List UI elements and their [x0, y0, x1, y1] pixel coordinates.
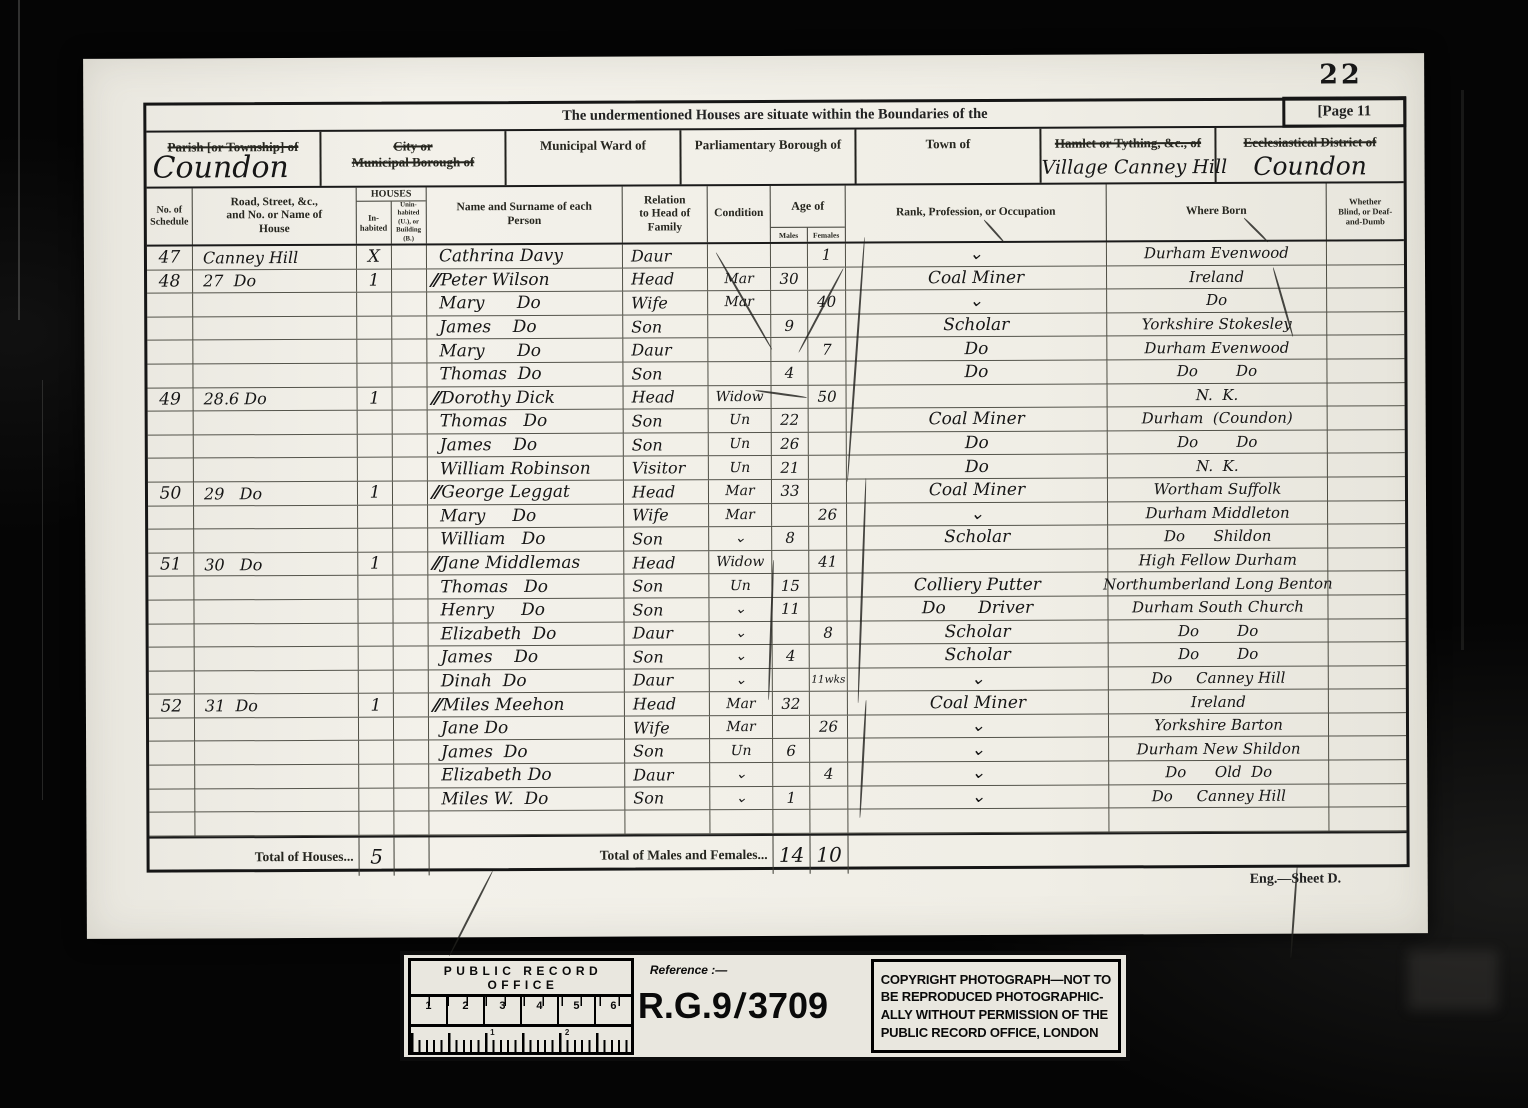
occ-cell: Coal Miner	[847, 408, 1108, 432]
m-cell: 26	[772, 433, 809, 456]
cond-cell: Mar	[710, 692, 773, 715]
header-uninhabited: Unin- habited (U.), or Building (B.)	[391, 201, 426, 244]
rel-cell: Son	[624, 598, 709, 621]
blind-cell	[1329, 784, 1406, 807]
cond-cell: ⌄	[709, 598, 772, 621]
born-cell: Yorkshire Stokesley	[1107, 312, 1327, 336]
uninh-cell	[392, 316, 427, 339]
born-cell: Do Do	[1109, 619, 1329, 643]
cond-cell: ⌄	[710, 763, 773, 786]
name-cell: Thomas Do	[428, 575, 624, 598]
name-cell: Mary Do	[428, 504, 624, 527]
occ-cell: Scholar	[847, 526, 1108, 550]
film-artifact	[1408, 950, 1498, 1010]
form-title: The undermentioned Houses are situate wi…	[562, 106, 988, 125]
uninh-cell	[393, 434, 428, 457]
photo-number: 22	[1319, 59, 1363, 90]
ruler-inch-mark: 4	[522, 997, 559, 1024]
road-cell: 27 Do	[193, 269, 357, 292]
header-condition: Condition	[708, 186, 771, 242]
occ-cell: Scholar	[848, 644, 1109, 668]
sched-cell	[149, 813, 195, 836]
blind-cell	[1328, 595, 1405, 618]
road-cell	[194, 576, 358, 599]
inh-cell	[359, 670, 394, 693]
cond-cell: Widow	[709, 385, 772, 408]
f-cell: 26	[809, 503, 847, 526]
f-cell	[809, 456, 847, 479]
film-artifact	[18, 0, 20, 320]
occ-cell: Colliery Putter	[847, 573, 1108, 597]
sched-cell: 48	[147, 270, 193, 293]
cond-cell: Un	[709, 456, 772, 479]
f-cell	[810, 786, 848, 809]
road-cell	[195, 670, 359, 693]
uninh-cell	[394, 694, 429, 717]
road-cell	[195, 647, 359, 670]
road-cell: 31 Do	[195, 694, 359, 717]
name-cell	[429, 811, 625, 834]
born-cell: Durham New Shildon	[1109, 737, 1329, 761]
blind-cell	[1327, 312, 1404, 335]
born-cell: Do Do	[1109, 643, 1329, 667]
born-cell: Durham (Coundon)	[1108, 407, 1328, 431]
district-row: Parish [or Township] ofCoundonCity orMun…	[146, 127, 1403, 188]
ruler-cm-mark: 1	[490, 1028, 494, 1037]
rel-cell: Son	[625, 740, 710, 763]
total-females-value: 10	[816, 842, 842, 866]
name-cell: Elizabeth Do	[429, 764, 625, 787]
district-column: Town of	[856, 129, 1041, 184]
uninh-cell	[394, 812, 429, 835]
occ-cell	[848, 809, 1109, 833]
born-cell: Durham Evenwood	[1107, 336, 1327, 360]
uninh-cell	[393, 481, 428, 504]
blind-cell	[1327, 265, 1404, 288]
born-cell: High Fellow Durham	[1108, 548, 1328, 572]
sched-cell	[148, 412, 194, 435]
born-cell: Durham South Church	[1108, 595, 1328, 619]
sched-cell	[148, 530, 194, 553]
cond-cell: ⌄	[709, 527, 772, 550]
sched-cell	[149, 789, 195, 812]
cond-cell: Widow	[709, 551, 772, 574]
cond-cell	[708, 362, 771, 385]
page-number-box: [Page 11	[1282, 96, 1406, 128]
household-start-mark	[429, 483, 442, 503]
occ-cell: Coal Miner	[847, 478, 1108, 502]
copyright-line: PUBLIC RECORD OFFICE, LONDON	[881, 1024, 1111, 1042]
header-born: Where Born	[1107, 184, 1327, 241]
uninh-cell	[393, 505, 428, 528]
rel-cell: Head	[625, 692, 710, 715]
cond-cell: ⌄	[710, 787, 773, 810]
ruler-inch-mark: 3	[485, 997, 522, 1024]
occ-cell: Coal Miner	[848, 691, 1109, 715]
f-cell	[810, 645, 848, 668]
born-cell: Do Old Do	[1109, 761, 1329, 785]
district-column: Municipal Ward of	[506, 130, 681, 185]
road-cell	[193, 364, 357, 387]
m-cell	[772, 550, 809, 573]
sched-cell	[148, 577, 194, 600]
f-cell: 26	[810, 715, 848, 738]
name-cell: Dinah Do	[429, 669, 625, 692]
road-cell: Canney Hill	[193, 246, 357, 269]
blind-cell	[1328, 501, 1405, 524]
household-start-mark	[430, 695, 443, 715]
header-females: Females	[807, 228, 845, 242]
f-cell: 1	[808, 244, 846, 267]
header-name: Name and Surname of each Person	[427, 187, 623, 244]
m-cell	[771, 244, 808, 267]
rel-cell: Son	[624, 409, 709, 432]
sched-cell	[148, 459, 194, 482]
blind-cell	[1329, 760, 1406, 783]
m-cell: 32	[773, 692, 810, 715]
f-cell	[809, 598, 847, 621]
rel-cell: Son	[623, 362, 708, 385]
occ-cell	[847, 384, 1108, 408]
road-cell	[195, 812, 359, 835]
inh-cell	[359, 741, 394, 764]
m-cell	[771, 291, 808, 314]
m-cell	[773, 763, 810, 786]
name-cell: Elizabeth Do	[429, 622, 625, 645]
sched-cell	[147, 317, 193, 340]
occ-cell: Do	[847, 455, 1108, 479]
m-cell	[773, 810, 810, 833]
sched-cell	[147, 294, 193, 317]
header-age: Age of	[771, 186, 845, 227]
name-cell: Thomas Do	[428, 410, 624, 433]
inh-cell	[358, 599, 393, 622]
name-cell: Peter Wilson	[427, 268, 623, 291]
f-cell	[809, 574, 847, 597]
occ-cell: Do Driver	[847, 596, 1108, 620]
occ-cell: ⌄	[846, 242, 1107, 266]
born-cell: Ireland	[1107, 265, 1327, 289]
born-cell: Ireland	[1109, 690, 1329, 714]
born-cell: Yorkshire Barton	[1109, 713, 1329, 737]
f-cell: 50	[809, 385, 847, 408]
inh-cell	[357, 293, 392, 316]
rel-cell: Wife	[623, 291, 708, 314]
uninh-cell	[393, 552, 428, 575]
f-cell	[809, 409, 847, 432]
name-cell: William Do	[428, 528, 624, 551]
uninh-cell	[394, 623, 429, 646]
blind-cell	[1327, 288, 1404, 311]
pro-label: PUBLIC RECORD OFFICE	[408, 958, 634, 997]
uninh-cell	[394, 647, 429, 670]
uninh-cell	[393, 599, 428, 622]
district-column: Parish [or Township] ofCoundon	[146, 132, 321, 187]
road-cell: 28.6 Do	[194, 387, 358, 410]
uninh-cell	[394, 788, 429, 811]
uninh-cell	[394, 717, 429, 740]
blind-cell	[1328, 454, 1405, 477]
born-cell: Do	[1107, 289, 1327, 313]
header-males: Males	[771, 228, 808, 242]
sched-cell: 50	[148, 482, 194, 505]
sched-cell: 51	[148, 553, 194, 576]
occ-cell: Scholar	[848, 620, 1109, 644]
header-age-group: Age of Males Females	[771, 186, 846, 242]
blind-cell	[1329, 619, 1406, 642]
sched-cell	[148, 600, 194, 623]
household-start-mark	[429, 553, 442, 573]
totals-spacer	[394, 837, 429, 875]
rel-cell: Son	[624, 527, 709, 550]
inh-cell	[359, 812, 394, 835]
blind-cell	[1328, 571, 1405, 594]
rel-cell: Son	[623, 315, 708, 338]
name-cell: George Leggat	[428, 481, 624, 504]
m-cell	[773, 716, 810, 739]
totals-row: Total of Houses... 5 Total of Males and …	[149, 831, 1406, 876]
rel-cell: Head	[624, 386, 709, 409]
inh-cell: 1	[358, 552, 393, 575]
ruler-inch-mark: 2	[448, 997, 485, 1024]
m-cell: 15	[772, 574, 809, 597]
district-column: Hamlet or Tything, &c., ofVillage Canney…	[1041, 128, 1216, 183]
header-houses: HOUSES	[357, 187, 426, 201]
header-schedule: No. of Schedule	[147, 188, 193, 244]
blind-cell	[1327, 336, 1404, 359]
copyright-section: COPYRIGHT PHOTOGRAPH—NOT TOBE REPRODUCED…	[866, 955, 1126, 1057]
occ-cell: ⌄	[848, 714, 1109, 738]
f-cell	[809, 527, 847, 550]
cond-cell: ⌄	[710, 669, 773, 692]
reference-label: Reference :—	[650, 963, 727, 977]
header-houses-group: HOUSES In- habited Unin- habited (U.), o…	[357, 187, 427, 243]
inh-cell: 1	[358, 482, 393, 505]
table-header-row: No. of Schedule Road, Street, &c., and N…	[147, 183, 1404, 246]
sched-cell: 49	[148, 388, 194, 411]
name-cell: William Robinson	[428, 457, 624, 480]
m-cell: 8	[772, 527, 809, 550]
born-cell: Do Do	[1107, 359, 1327, 383]
sched-cell	[149, 671, 195, 694]
household-start-mark	[428, 388, 441, 408]
m-cell: 33	[772, 480, 809, 503]
name-cell: Mary Do	[427, 339, 623, 362]
m-cell: 4	[773, 645, 810, 668]
road-cell	[195, 741, 359, 764]
road-cell	[194, 411, 358, 434]
district-value-handwritten: Coundon	[1217, 151, 1404, 181]
cond-cell: ⌄	[710, 621, 773, 644]
rel-cell: Son	[625, 787, 710, 810]
census-form: The undermentioned Houses are situate wi…	[143, 97, 1409, 873]
ruler-inch-mark: 5	[559, 997, 596, 1024]
name-cell: Mary Do	[427, 292, 623, 315]
household-start-mark	[428, 270, 441, 290]
reference-number: 3709	[748, 985, 828, 1026]
cond-cell: Un	[709, 409, 772, 432]
rel-cell: Daur	[625, 763, 710, 786]
district-column: City orMunicipal Borough of	[321, 131, 506, 186]
table-rows: 47Canney HillXCathrina DavyDaur1⌄Durham …	[147, 241, 1407, 836]
name-cell: Cathrina Davy	[427, 245, 623, 268]
inh-cell	[358, 576, 393, 599]
road-cell: 29 Do	[194, 482, 358, 505]
name-cell: Miles Meehon	[429, 693, 625, 716]
occ-cell: Scholar	[846, 313, 1107, 337]
inh-cell	[359, 717, 394, 740]
born-cell: N. K.	[1108, 454, 1328, 478]
inh-cell	[358, 434, 393, 457]
film-artifact	[1461, 90, 1464, 650]
f-cell: 7	[808, 338, 846, 361]
district-label: Ecclesiastical District of	[1216, 134, 1403, 151]
rel-cell: Daur	[625, 669, 710, 692]
blind-cell	[1327, 241, 1404, 264]
cond-cell: Un	[710, 739, 773, 762]
rel-cell: Son	[624, 575, 709, 598]
m-cell: 1	[773, 786, 810, 809]
f-cell: 4	[810, 763, 848, 786]
district-column: Ecclesiastical District ofCoundon	[1216, 127, 1403, 182]
header-road: Road, Street, &c., and No. or Name of Ho…	[193, 188, 357, 245]
road-cell	[193, 317, 357, 340]
born-cell: Durham Middleton	[1108, 501, 1328, 525]
name-cell: Jane Middlemas	[428, 551, 624, 574]
inh-cell: 1	[359, 694, 394, 717]
road-cell: 30 Do	[194, 552, 358, 575]
pro-stamp: PUBLIC RECORD OFFICE 123456 12 Reference…	[400, 951, 1130, 1061]
f-cell	[810, 810, 848, 833]
uninh-cell	[392, 269, 427, 292]
rel-cell: Daur	[623, 339, 708, 362]
blind-cell	[1328, 477, 1405, 500]
rel-cell	[625, 810, 710, 833]
road-cell	[195, 718, 359, 741]
cond-cell: ⌄	[710, 645, 773, 668]
total-males-value: 14	[779, 843, 805, 867]
inh-cell	[359, 765, 394, 788]
district-column: Parliamentary Borough of	[681, 130, 856, 185]
reference-section: Reference :— R.G.9/3709	[634, 955, 866, 1057]
f-cell: 41	[809, 550, 847, 573]
cond-cell	[710, 810, 773, 833]
district-value-handwritten: Coundon	[146, 150, 319, 186]
m-cell: 9	[771, 315, 808, 338]
born-cell: Wortham Suffolk	[1108, 477, 1328, 501]
sched-cell	[148, 506, 194, 529]
uninh-cell	[392, 340, 427, 363]
name-cell: Dorothy Dick	[428, 386, 624, 409]
name-cell: Thomas Do	[427, 363, 623, 386]
m-cell: 30	[771, 267, 808, 290]
district-value-handwritten: Village Canney Hill	[1042, 156, 1215, 179]
rel-cell: Son	[625, 645, 710, 668]
road-cell	[194, 458, 358, 481]
name-cell: James Do	[428, 433, 624, 456]
copyright-line: BE REPRODUCED PHOTOGRAPHIC-	[881, 988, 1111, 1006]
name-cell: James Do	[429, 646, 625, 669]
inh-cell: 1	[357, 269, 392, 292]
pro-ruler: PUBLIC RECORD OFFICE 123456 12	[404, 955, 634, 1057]
road-cell	[195, 623, 359, 646]
born-cell: Do Shildon	[1108, 525, 1328, 549]
name-cell: James Do	[429, 740, 625, 763]
cond-cell: Un	[709, 574, 772, 597]
occ-cell: Coal Miner	[846, 266, 1107, 290]
inh-cell	[357, 340, 392, 363]
m-cell: 22	[772, 409, 809, 432]
cond-cell: Mar	[710, 716, 773, 739]
name-cell: Henry Do	[428, 598, 624, 621]
sched-cell: 52	[149, 695, 195, 718]
sched-cell	[148, 435, 194, 458]
district-label: Town of	[856, 136, 1039, 153]
cond-cell: Mar	[709, 480, 772, 503]
header-inhabited: In- habited	[357, 202, 392, 245]
occ-cell: ⌄	[848, 738, 1109, 762]
totals-empty	[848, 833, 1406, 873]
uninh-cell	[393, 529, 428, 552]
m-cell: 6	[773, 739, 810, 762]
rel-cell: Head	[624, 551, 709, 574]
blind-cell	[1329, 642, 1406, 665]
reference-value: R.G.9/3709	[638, 985, 828, 1027]
rel-cell: Head	[624, 480, 709, 503]
census-photograph: 22 The undermentioned Houses are situate…	[0, 0, 1528, 1108]
district-label: Parliamentary Borough of	[681, 137, 854, 154]
occ-cell: Do	[846, 337, 1107, 361]
cond-cell	[708, 338, 771, 361]
born-cell: N. K.	[1108, 383, 1328, 407]
f-cell: 11wks	[810, 668, 848, 691]
inh-cell	[358, 411, 393, 434]
blind-cell	[1327, 359, 1404, 382]
blind-cell	[1329, 666, 1406, 689]
uninh-cell	[393, 576, 428, 599]
film-artifact	[42, 380, 43, 800]
sched-cell	[149, 742, 195, 765]
sched-cell	[149, 648, 195, 671]
sched-cell	[149, 624, 195, 647]
uninh-cell	[394, 764, 429, 787]
name-cell: Jane Do	[429, 716, 625, 739]
copyright-line: COPYRIGHT PHOTOGRAPH—NOT TO	[881, 971, 1111, 989]
blind-cell	[1328, 524, 1405, 547]
census-page: 22 The undermentioned Houses are situate…	[83, 53, 1428, 939]
occ-cell: Do	[846, 360, 1107, 384]
rel-cell: Son	[624, 433, 709, 456]
ruler-inch-mark: 1	[411, 997, 448, 1024]
ruler-cm-mark: 2	[565, 1028, 569, 1037]
f-cell	[809, 480, 847, 503]
name-cell: Miles W. Do	[429, 787, 625, 810]
road-cell	[194, 529, 358, 552]
road-cell	[194, 505, 358, 528]
occ-cell	[847, 549, 1108, 573]
sched-cell	[147, 364, 193, 387]
ruler-inch-mark: 6	[596, 997, 631, 1024]
born-cell: Do Do	[1108, 430, 1328, 454]
header-occupation: Rank, Profession, or Occupation	[846, 184, 1107, 241]
f-cell: 8	[810, 621, 848, 644]
rel-cell: Daur	[625, 622, 710, 645]
rel-cell: Wife	[624, 504, 709, 527]
blind-cell	[1328, 406, 1405, 429]
inh-cell	[359, 788, 394, 811]
m-cell: 4	[771, 362, 808, 385]
reference-prefix: R.G.9	[638, 985, 732, 1026]
